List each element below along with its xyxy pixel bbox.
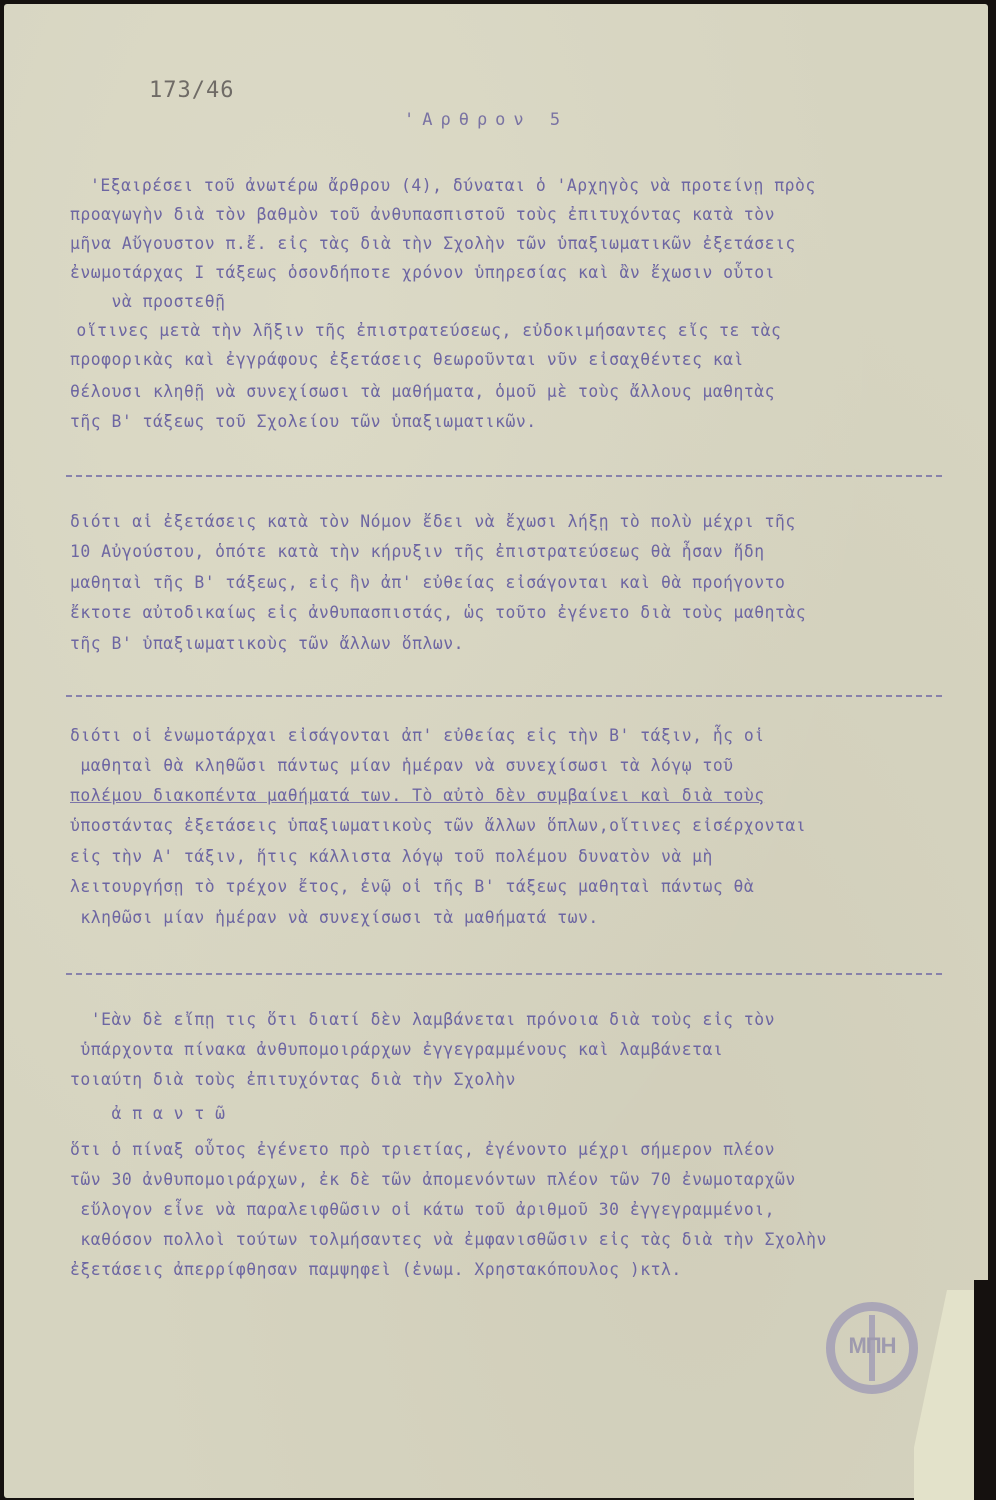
text-line: ὑπάρχοντα πίνακα ἀνθυπομοιράρχων ἐγγεγρα… — [70, 1040, 723, 1059]
text-line-underlined: πολέμου διακοπέντα μαθήματά των. Τὸ αὐτὸ… — [70, 786, 765, 805]
text-line: κληθῶσι μίαν ἡμέραν νὰ συνεχίσωσι τὰ μαθ… — [70, 908, 599, 927]
text-line: τῆς Β' ὑπαξιωματικοὺς τῶν ἄλλων ὅπλων. — [70, 634, 464, 653]
scan-background-edge — [974, 1280, 996, 1500]
text-line: προαγωγὴν διὰ τὸν βαθμὸν τοῦ ἀνθυπασπιστ… — [70, 205, 775, 224]
text-line: ἐνωμοτάρχας Ι τάξεως ὁσονδήποτε χρόνον ὑ… — [70, 263, 775, 282]
text-line: εἰς τὴν Α' τάξιν, ἥτις κάλλιστα λόγῳ τοῦ… — [70, 847, 713, 866]
article-title: 'Αρθρον 5 — [404, 110, 568, 130]
text-line: διότι οἱ ἐνωμοτάρχαι εἰσάγονται ἀπ' εὐθε… — [70, 726, 765, 745]
text-line: μαθηταὶ θὰ κληθῶσι πάντως μίαν ἡμέραν νὰ… — [70, 756, 734, 775]
section-separator — [66, 475, 942, 477]
text-line: τῶν 30 ἀνθυπομοιράρχων, ἐκ δὲ τῶν ἀπομεν… — [70, 1170, 796, 1189]
text-line: μαθηταὶ τῆς Β' τάξεως, εἰς ἣν ἀπ' εὐθεία… — [70, 573, 785, 592]
text-line: οἵτινες μετὰ τὴν λῆξιν τῆς ἐπιστρατεύσεω… — [66, 321, 781, 340]
text-line: 'Εξαιρέσει τοῦ ἀνωτέρω ἄρθρου (4), δύνατ… — [90, 176, 816, 195]
text-line: προφορικὰς καὶ ἐγγράφους ἐξετάσεις θεωρο… — [70, 350, 744, 369]
text-line: λειτουργήσῃ τὸ τρέχον ἔτος, ἐνῷ οἱ τῆς Β… — [70, 877, 754, 896]
text-line: ὑποστάντας ἐξετάσεις ὑπαξιωματικοὺς τῶν … — [70, 816, 806, 835]
text-line: μῆνα Αὔγουστον π.ἔ. εἰς τὰς διὰ τὴν Σχολ… — [70, 234, 796, 253]
document-page: 173/46 'Αρθρον 5 'Εξαιρέσει τοῦ ἀνωτέρω … — [4, 4, 988, 1498]
text-line: τοιαύτη διὰ τοὺς ἐπιτυχόντας διὰ τὴν Σχο… — [70, 1070, 516, 1089]
text-line: διότι αἱ ἐξετάσεις κατὰ τὸν Νόμον ἔδει ν… — [70, 512, 796, 531]
archive-seal-icon: ΜΠΗ — [826, 1302, 918, 1394]
section-separator — [66, 973, 942, 975]
text-line: θέλουσι κληθῇ νὰ συνεχίσωσι τὰ μαθήματα,… — [70, 382, 775, 401]
text-line: ἐξετάσεις ἀπερρίφθησαν παμψηφεὶ (ἐνωμ. Χ… — [70, 1260, 682, 1279]
reference-number: 173/46 — [149, 78, 234, 103]
text-line: τῆς Β' τάξεως τοῦ Σχολείου τῶν ὑπαξιωματ… — [70, 412, 537, 431]
text-line: 10 Αὐγούστου, ὁπότε κατὰ τὴν κήρυξιν τῆς… — [70, 542, 765, 561]
section-separator — [66, 695, 942, 697]
text-line: εὔλογον εἶνε νὰ παραλειφθῶσιν οἱ κάτω το… — [70, 1200, 775, 1219]
text-line: 'Εὰν δὲ εἴπῃ τις ὅτι διατί δὲν λαμβάνετα… — [70, 1010, 775, 1029]
text-line: καθόσον πολλοὶ τούτων τολμήσαντες νὰ ἐμφ… — [70, 1230, 827, 1249]
text-line: ὅτι ὁ πίναξ οὗτος ἐγένετο πρὸ τριετίας, … — [70, 1140, 775, 1159]
text-line: ἔκτοτε αὐτοδικαίως εἰς ἀνθυπασπιστάς, ὡς… — [70, 603, 806, 622]
seal-label: ΜΠΗ — [835, 1333, 909, 1359]
text-line: νὰ προστεθῇ — [70, 292, 226, 311]
text-line: ἀ π α ν τ ῶ — [70, 1104, 226, 1123]
